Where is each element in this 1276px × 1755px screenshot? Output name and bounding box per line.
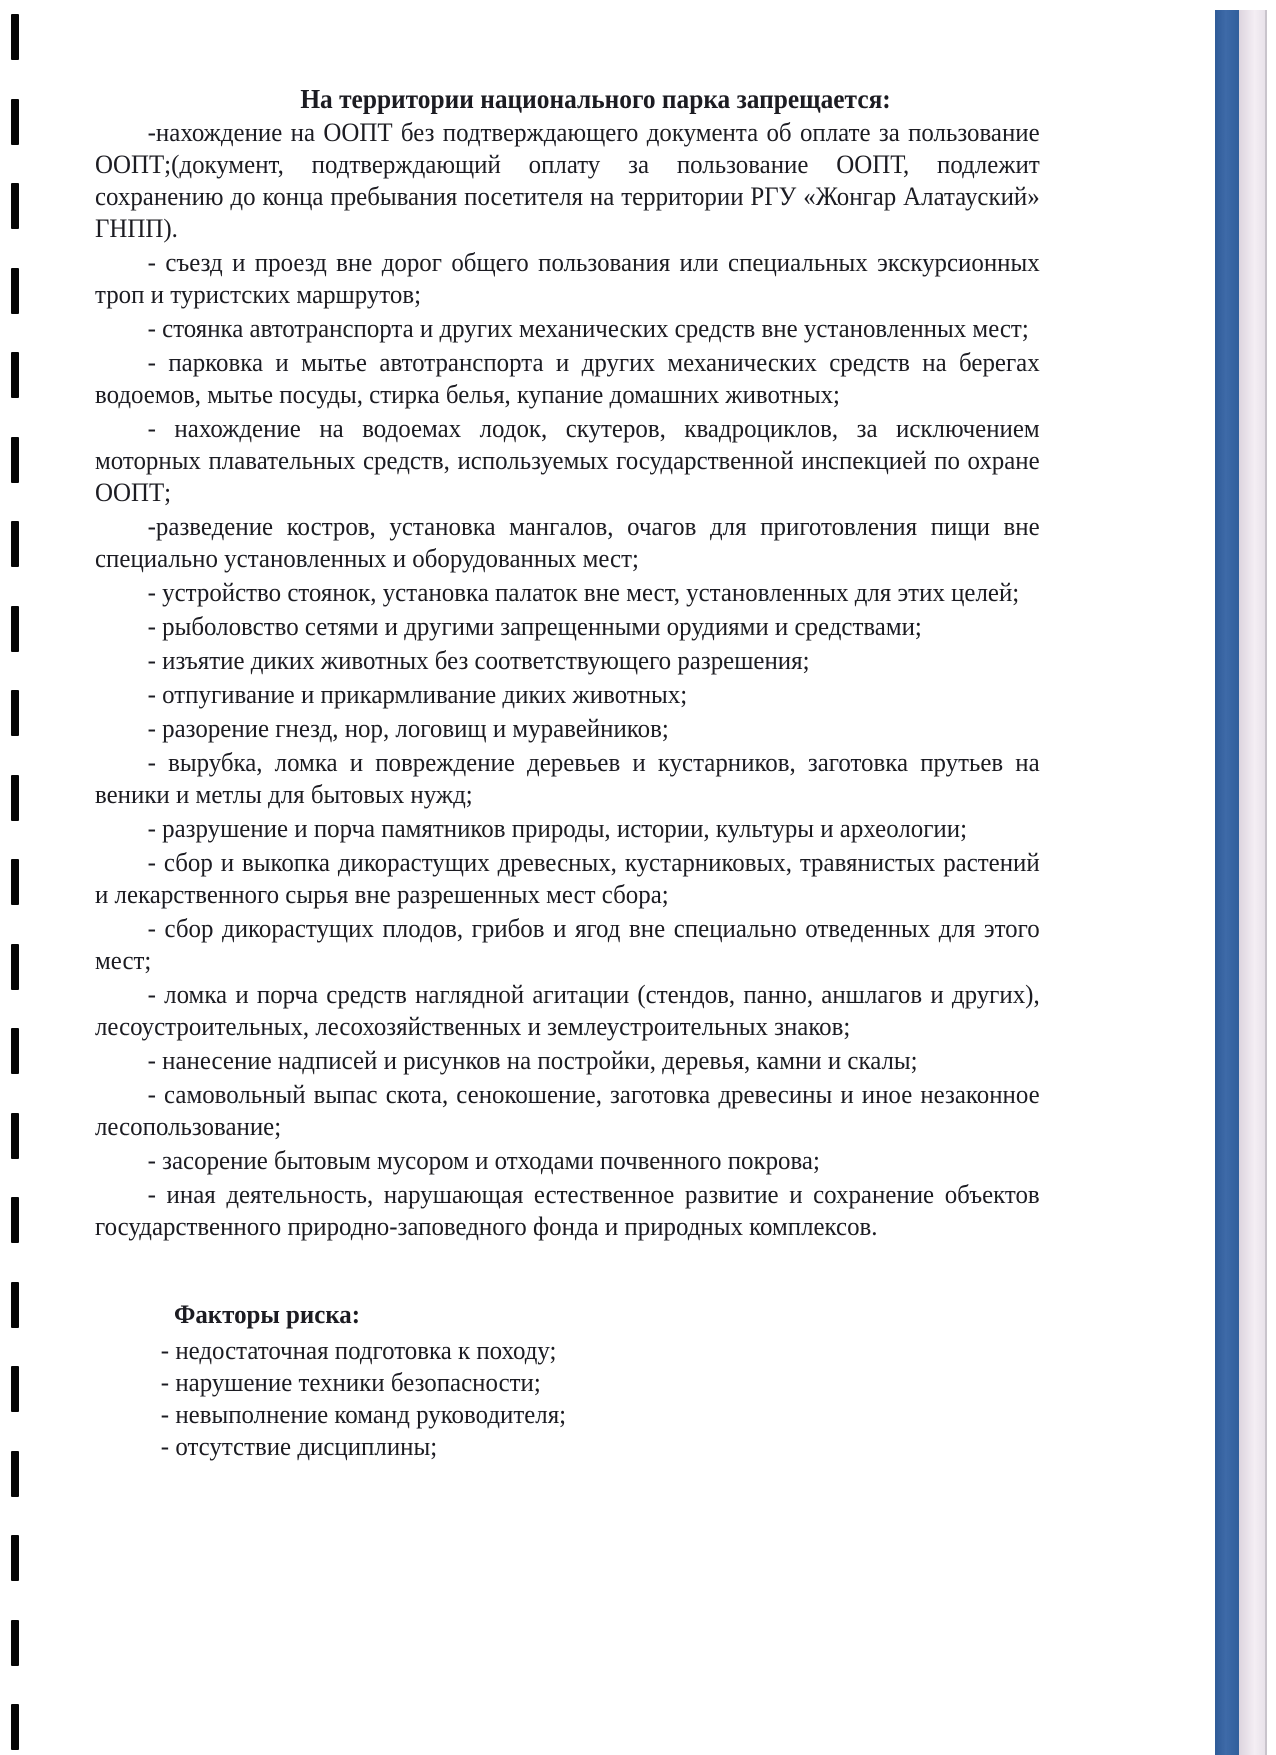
binding-hole xyxy=(11,859,19,905)
prohibition-item: - устройство стоянок, установка палаток … xyxy=(95,576,1040,608)
prohibition-item: - разорение гнезд, нор, логовищ и мураве… xyxy=(95,712,1040,744)
prohibition-item: -нахождение на ООПТ без подтверждающего … xyxy=(95,116,1040,244)
binding-hole xyxy=(11,1197,19,1243)
risk-factor-item: - невыполнение команд руководителя; xyxy=(161,1398,1040,1430)
binding-hole xyxy=(11,437,19,483)
prohibition-item: - засорение бытовым мусором и отходами п… xyxy=(95,1144,1040,1176)
binding-hole xyxy=(11,1535,19,1581)
binding-hole xyxy=(11,14,19,60)
binding-hole xyxy=(11,183,19,229)
document-page: На территории национального парка запрещ… xyxy=(95,82,1040,1462)
binding-hole xyxy=(11,944,19,990)
prohibition-item: - съезд и проезд вне дорог общего пользо… xyxy=(95,246,1040,310)
prohibition-item: - ломка и порча средств наглядной агитац… xyxy=(95,978,1040,1042)
binding-hole xyxy=(11,1028,19,1074)
risk-factor-item: - нарушение техники безопасности; xyxy=(161,1366,1040,1398)
page-gutter xyxy=(1239,10,1267,1755)
binding-hole xyxy=(11,1704,19,1750)
page-title: На территории национального парка запрещ… xyxy=(151,82,1039,116)
binding-hole xyxy=(11,1113,19,1159)
binding-hole xyxy=(11,99,19,145)
prohibition-item: - вырубка, ломка и повреждение деревьев … xyxy=(95,746,1040,810)
prohibition-item: - нанесение надписей и рисунков на постр… xyxy=(95,1044,1040,1076)
binding-hole xyxy=(11,606,19,652)
prohibition-item: - отпугивание и прикармливание диких жив… xyxy=(95,678,1040,710)
prohibition-item: - иная деятельность, нарушающая естестве… xyxy=(95,1178,1040,1242)
prohibition-item: - изъятие диких животных без соответству… xyxy=(95,644,1040,676)
binding-strip xyxy=(1215,10,1239,1755)
prohibition-item: - разрушение и порча памятников природы,… xyxy=(95,812,1040,844)
risk-factor-item: - отсутствие дисциплины; xyxy=(161,1430,1040,1462)
binding-holes xyxy=(11,0,19,1755)
prohibition-item: - нахождение на водоемах лодок, скутеров… xyxy=(95,412,1040,508)
binding-hole xyxy=(11,1451,19,1497)
binding-hole xyxy=(11,690,19,736)
binding-hole xyxy=(11,521,19,567)
risk-factor-item: - недостаточная подготовка к походу; xyxy=(161,1334,1040,1366)
prohibition-item: -разведение костров, установка мангалов,… xyxy=(95,510,1040,574)
binding-hole xyxy=(11,352,19,398)
risk-factors-heading: Факторы риска: xyxy=(174,1298,1040,1330)
binding-hole xyxy=(11,1620,19,1666)
binding-hole xyxy=(11,1282,19,1328)
binding-hole xyxy=(11,1366,19,1412)
prohibition-item: - рыболовство сетями и другими запрещенн… xyxy=(95,610,1040,642)
binding-hole xyxy=(11,775,19,821)
prohibition-item: - сбор и выкопка дикорастущих древесных,… xyxy=(95,846,1040,910)
prohibition-item: - сбор дикорастущих плодов, грибов и яго… xyxy=(95,912,1040,976)
prohibition-item: - самовольный выпас скота, сенокошение, … xyxy=(95,1078,1040,1142)
binding-hole xyxy=(11,268,19,314)
prohibition-item: - парковка и мытье автотранспорта и друг… xyxy=(95,346,1040,410)
prohibition-item: - стоянка автотранспорта и других механи… xyxy=(95,312,1040,344)
